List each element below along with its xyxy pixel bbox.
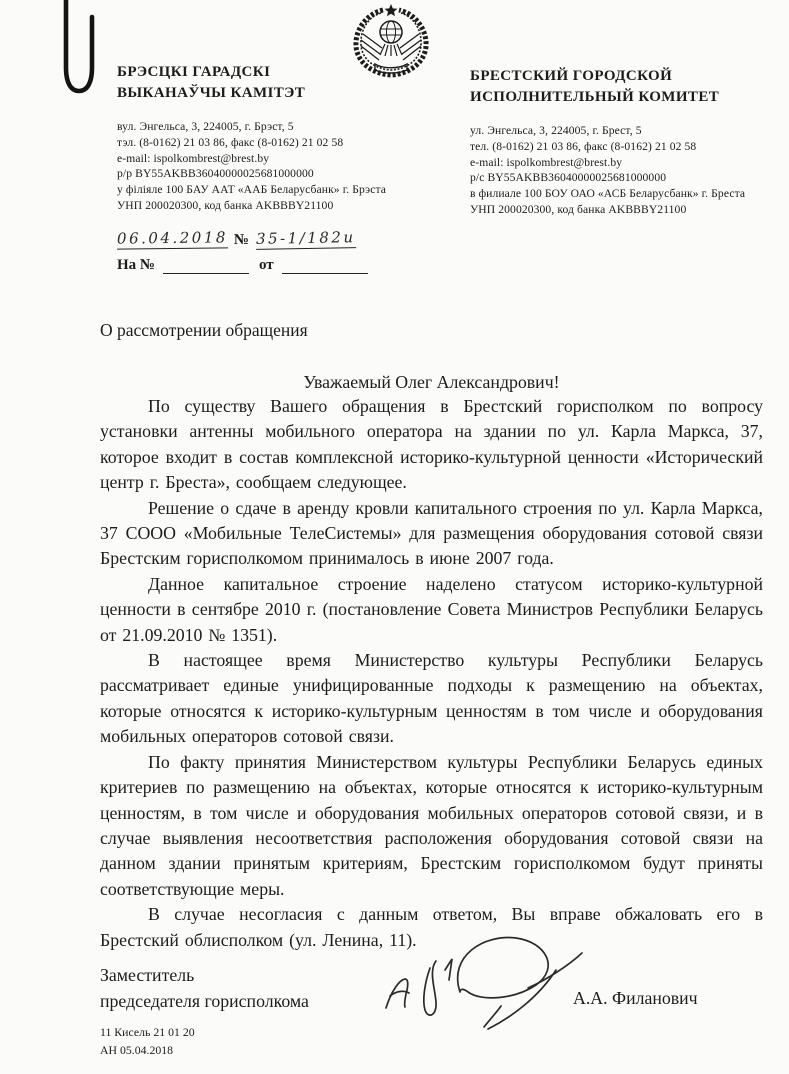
paperclip-icon	[55, 0, 101, 100]
body-paragraph: По существу Вашего обращения в Брестский…	[100, 394, 763, 496]
na-number-label: На №	[117, 257, 155, 274]
body-paragraph: В настоящее время Министерство культуры …	[100, 648, 763, 750]
incoming-number-blank	[163, 257, 249, 274]
outgoing-date-handwritten: 06.04.2018	[117, 228, 228, 249]
scanned-letter-page: БРЭСЦКІ ГАРАДСКІ ВЫКАНАЎЧЫ КАМІТЭТ вул. …	[0, 0, 789, 1074]
letter-body: О рассмотрении обращения Уважаемый Олег …	[100, 320, 763, 953]
body-paragraph: Решение о сдаче в аренду кровли капиталь…	[100, 496, 763, 572]
org-name-belarusian: БРЭСЦКІ ГАРАДСКІ ВЫКАНАЎЧЫ КАМІТЭТ	[117, 62, 452, 104]
subject-line: О рассмотрении обращения	[100, 320, 763, 341]
org-name-russian: БРЕСТСКИЙ ГОРОДСКОЙ ИСПОЛНИТЕЛЬНЫЙ КОМИТ…	[470, 66, 775, 108]
body-paragraph: Данное капитальное строение наделено ста…	[100, 572, 763, 648]
signer-name: А.А. Филанович	[573, 988, 698, 1009]
incoming-reference-row: На № от	[117, 257, 417, 274]
incoming-date-blank	[282, 257, 368, 274]
letterhead-left: БРЭСЦКІ ГАРАДСКІ ВЫКАНАЎЧЫ КАМІТЭТ вул. …	[117, 62, 452, 214]
org-address-belarusian: вул. Энгельса, 3, 224005, г. Брэст, 5 тэ…	[117, 119, 452, 214]
executor-line: 11 Кисель 21 01 20	[100, 1024, 195, 1042]
executor-notes: 11 Кисель 21 01 20 АН 05.04.2018	[100, 1024, 195, 1059]
salutation: Уважаемый Олег Александрович!	[100, 372, 763, 393]
executor-line: АН 05.04.2018	[100, 1042, 195, 1060]
outgoing-number-handwritten: 35-1/182и	[256, 228, 356, 250]
reference-block: 06.04.2018 № 35-1/182и На № от	[117, 219, 417, 274]
body-paragraph: По факту принятия Министерством культуры…	[100, 750, 763, 902]
org-address-russian: ул. Энгельса, 3, 224005, г. Брест, 5 тел…	[470, 123, 775, 218]
letterhead-right: БРЕСТСКИЙ ГОРОДСКОЙ ИСПОЛНИТЕЛЬНЫЙ КОМИТ…	[470, 62, 775, 218]
handwritten-signature-icon	[378, 928, 590, 1036]
ot-label: от	[259, 257, 274, 274]
outgoing-date-number-row: 06.04.2018 № 35-1/182и	[117, 219, 417, 249]
signer-position: Заместитель председателя горисполкома	[100, 962, 309, 1014]
number-sign: №	[234, 232, 249, 249]
